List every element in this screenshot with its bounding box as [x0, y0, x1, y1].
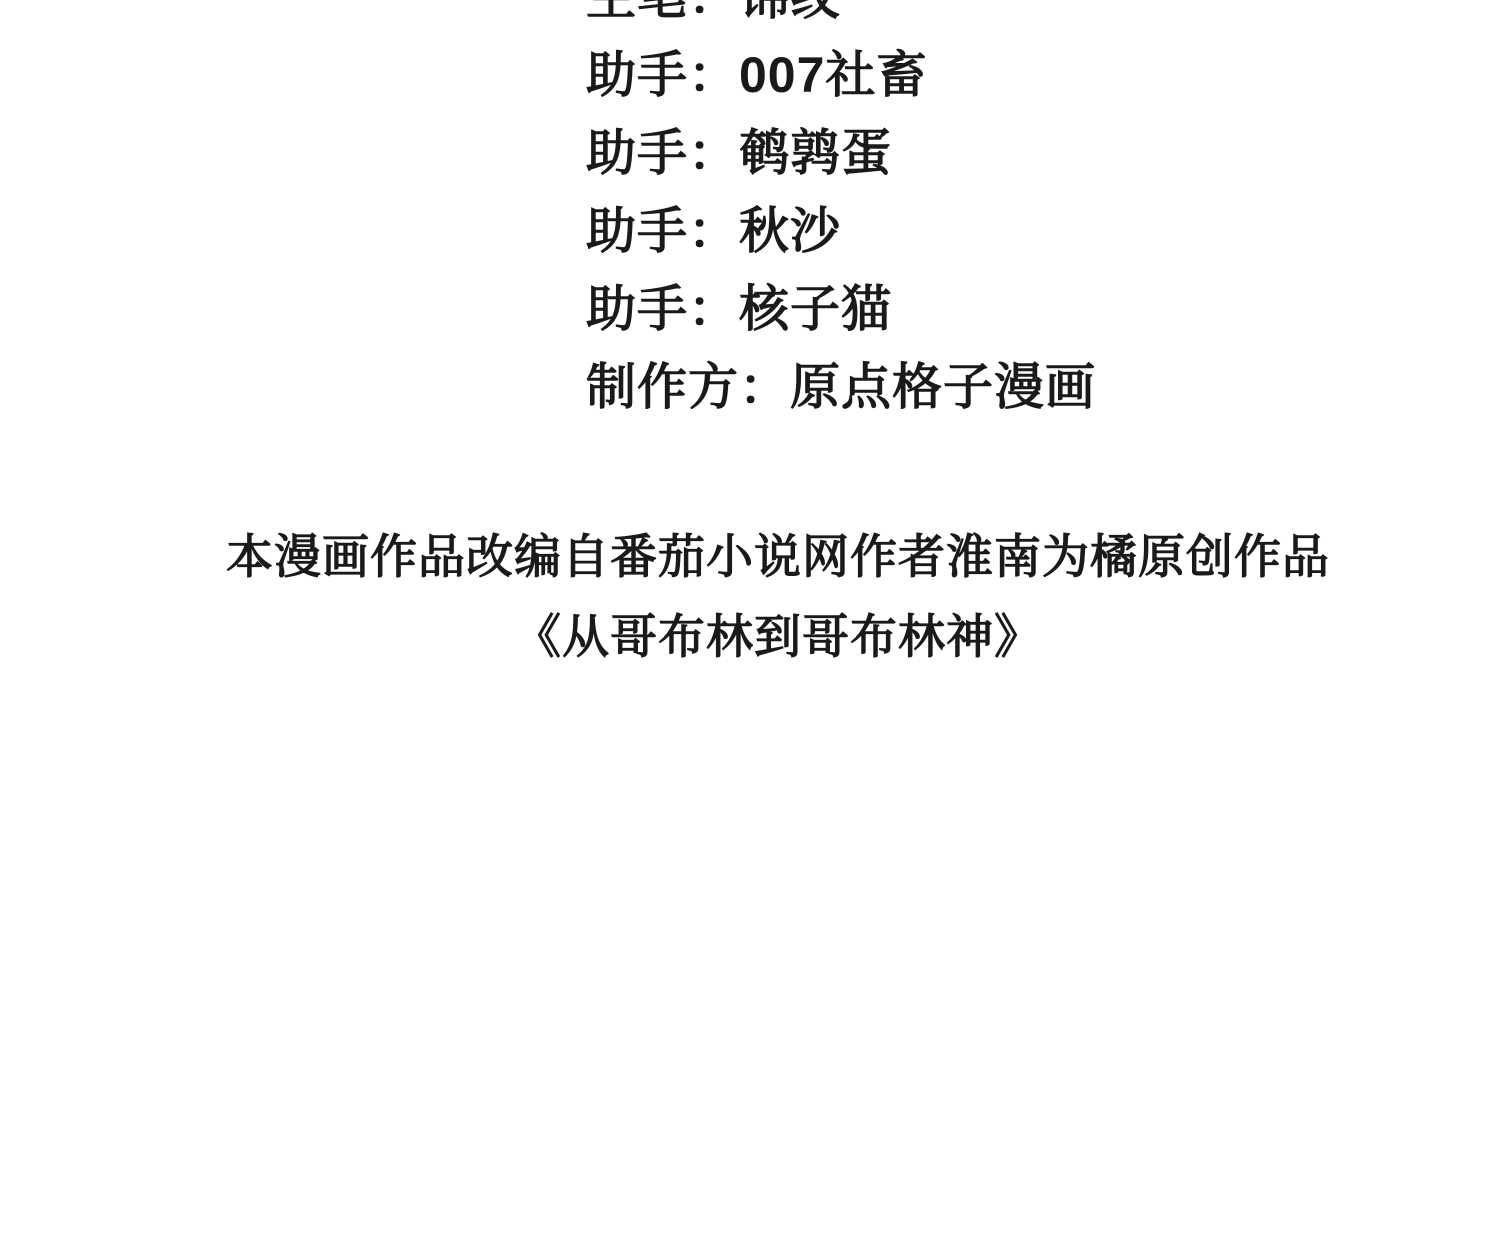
attribution-work-title: 《从哥布林到哥布林神》 — [28, 597, 1500, 677]
attribution-source-line: 本漫画作品改编自番茄小说网作者淮南为橘原创作品 — [28, 517, 1500, 597]
credit-line-assistant-2: 助手：鹌鹑蛋 — [586, 114, 1096, 192]
credit-line-production: 制作方：原点格子漫画 — [586, 348, 1096, 426]
credits-list: 主笔：锦纹 助手：007社畜 助手：鹌鹑蛋 助手：秋沙 助手：核子猫 制作方：原… — [586, 0, 1096, 426]
comic-credits-page: 主笔：锦纹 助手：007社畜 助手：鹌鹑蛋 助手：秋沙 助手：核子猫 制作方：原… — [0, 0, 1500, 1250]
credit-line-assistant-3: 助手：秋沙 — [586, 192, 1096, 270]
credit-line-main-artist: 主笔：锦纹 — [586, 0, 1096, 36]
credit-line-assistant-1: 助手：007社畜 — [586, 36, 1096, 114]
attribution: 本漫画作品改编自番茄小说网作者淮南为橘原创作品 《从哥布林到哥布林神》 — [28, 517, 1500, 677]
credit-line-assistant-4: 助手：核子猫 — [586, 270, 1096, 348]
